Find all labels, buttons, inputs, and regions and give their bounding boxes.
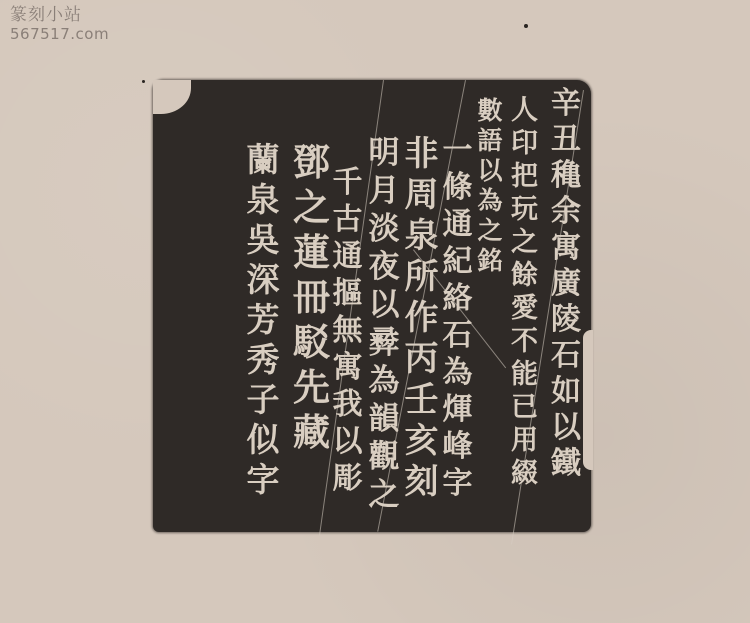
inscription-glyph: 之 xyxy=(293,185,330,230)
inscription-glyph: 為 xyxy=(477,186,502,216)
inscription-glyph: 辛 xyxy=(551,86,581,122)
inscription-glyph: 古 xyxy=(333,201,363,238)
inscription-glyph: 蘭 xyxy=(247,140,280,180)
inscription-glyph: 月 xyxy=(369,172,400,210)
inscription-glyph: 字 xyxy=(247,460,280,500)
inscription-glyph: 作 xyxy=(405,298,439,339)
inscription-glyph: 余 xyxy=(551,194,581,230)
inscription-glyph: 先 xyxy=(293,365,330,410)
inscription-glyph: 非 xyxy=(405,134,439,175)
inscription-glyph: 陵 xyxy=(551,302,581,338)
inscription-glyph: 刻 xyxy=(405,462,439,503)
inscription-glyph: 所 xyxy=(405,257,439,298)
inscription-glyph: 子 xyxy=(247,380,280,420)
inscription-glyph: 印 xyxy=(511,127,538,160)
inscription-glyph: 淡 xyxy=(369,210,400,248)
inscription-column: 辛丑穐余寓廣陵石如以鐵 xyxy=(548,86,584,482)
inscription-glyph: 人 xyxy=(511,94,538,127)
inscription-glyph: 無 xyxy=(333,312,363,349)
inscription-glyph: 吳 xyxy=(247,220,280,260)
inscription-glyph: 餘 xyxy=(511,259,538,292)
inscription-glyph: 芳 xyxy=(247,300,280,340)
inscription-glyph: 亥 xyxy=(405,421,439,462)
inscription-glyph: 用 xyxy=(511,424,538,457)
inscription-column: 明月淡夜以彛為韻觀之 xyxy=(365,134,403,514)
inscription-column: 非周泉所作丙壬亥刻 xyxy=(401,134,442,503)
inscription-glyph: 煇 xyxy=(443,391,473,428)
seal-script-rubbing: 辛丑穐余寓廣陵石如以鐵人印把玩之餘愛不能已用綴數語以為之銘一條通紀絡石為煇峰字非… xyxy=(153,80,591,532)
inscription-glyph: 鐵 xyxy=(551,446,581,482)
inscription-column: 鄧之蓮冊駁先藏 xyxy=(289,140,334,455)
inscription-column: 人印把玩之餘愛不能已用綴 xyxy=(508,94,541,490)
inscription-glyph: 語 xyxy=(477,126,502,156)
inscription-glyph: 為 xyxy=(443,354,473,391)
inscription-glyph: 通 xyxy=(333,238,363,275)
inscription-glyph: 為 xyxy=(369,362,400,400)
inscription-glyph: 觀 xyxy=(369,438,400,476)
inscription-glyph: 彛 xyxy=(369,324,400,362)
inscription-column: 千古通摳無寓我以彫 xyxy=(329,164,366,497)
inscription-glyph: 通 xyxy=(443,206,473,243)
inscription-column: 數語以為之銘 xyxy=(475,96,505,276)
inscription-glyph: 綴 xyxy=(511,457,538,490)
inscription-glyph: 泉 xyxy=(405,216,439,257)
inscription-glyph: 紀 xyxy=(443,243,473,280)
inscription-glyph: 韻 xyxy=(369,400,400,438)
inscription-glyph: 周 xyxy=(405,175,439,216)
inscription-glyph: 字 xyxy=(443,465,473,502)
inscription-glyph: 能 xyxy=(511,358,538,391)
watermark-url: 567517.com xyxy=(10,26,109,43)
inscription-glyph: 似 xyxy=(247,420,280,460)
inscription-glyph: 穐 xyxy=(551,158,581,194)
inscription-glyph: 之 xyxy=(369,476,400,514)
inscription-glyph: 寓 xyxy=(333,349,363,386)
inscription-glyph: 千 xyxy=(333,164,363,201)
inscription-glyph: 以 xyxy=(333,423,363,460)
inscription-glyph: 以 xyxy=(477,156,502,186)
inscription-glyph: 丙 xyxy=(405,339,439,380)
inscription-glyph: 駁 xyxy=(293,320,330,365)
inscription-column: 蘭泉吳深芳秀子似字 xyxy=(243,140,283,500)
inscription-glyph: 泉 xyxy=(247,180,280,220)
inscription-glyph: 我 xyxy=(333,386,363,423)
inscription-glyph: 條 xyxy=(443,169,473,206)
inscription-glyph: 寓 xyxy=(551,230,581,266)
inscription-glyph: 摳 xyxy=(333,275,363,312)
inscription-glyph: 夜 xyxy=(369,248,400,286)
inscription-glyph: 石 xyxy=(551,338,581,374)
inscription-glyph: 峰 xyxy=(443,428,473,465)
inscription-column: 一條通紀絡石為煇峰字 xyxy=(439,132,476,502)
inscription-glyph: 藏 xyxy=(293,410,330,455)
inscription-glyph: 一 xyxy=(443,132,473,169)
inscription-glyph: 丑 xyxy=(551,122,581,158)
inscription-glyph: 深 xyxy=(247,260,280,300)
inscription-glyph: 以 xyxy=(551,410,581,446)
inscription-glyph: 之 xyxy=(477,216,502,246)
inscription-glyph: 彫 xyxy=(333,460,363,497)
inscription-glyph: 把 xyxy=(511,160,538,193)
inscription-glyph: 鄧 xyxy=(293,140,330,185)
inscription-glyph: 秀 xyxy=(247,340,280,380)
inscription-glyph: 絡 xyxy=(443,280,473,317)
inscription-glyph: 壬 xyxy=(405,380,439,421)
inscription-glyph: 之 xyxy=(511,226,538,259)
inscription-glyph: 不 xyxy=(511,325,538,358)
inscription-glyph: 玩 xyxy=(511,193,538,226)
inscription-glyph: 明 xyxy=(369,134,400,172)
inscription-glyph: 數 xyxy=(477,96,502,126)
inscription-glyph: 冊 xyxy=(293,275,330,320)
paper-speck xyxy=(524,24,528,28)
inscription-glyph: 廣 xyxy=(551,266,581,302)
site-watermark: 篆刻小站 567517.com xyxy=(10,6,109,43)
inscription-glyph: 銘 xyxy=(477,246,502,276)
watermark-title: 篆刻小站 xyxy=(10,6,109,26)
inscription-glyph: 以 xyxy=(369,286,400,324)
inscription-glyph: 愛 xyxy=(511,292,538,325)
inscription-glyph: 蓮 xyxy=(293,230,330,275)
inscription-glyph: 石 xyxy=(443,317,473,354)
paper-speck xyxy=(142,80,145,83)
inscription-glyph: 已 xyxy=(511,391,538,424)
inscription-glyph: 如 xyxy=(551,374,581,410)
